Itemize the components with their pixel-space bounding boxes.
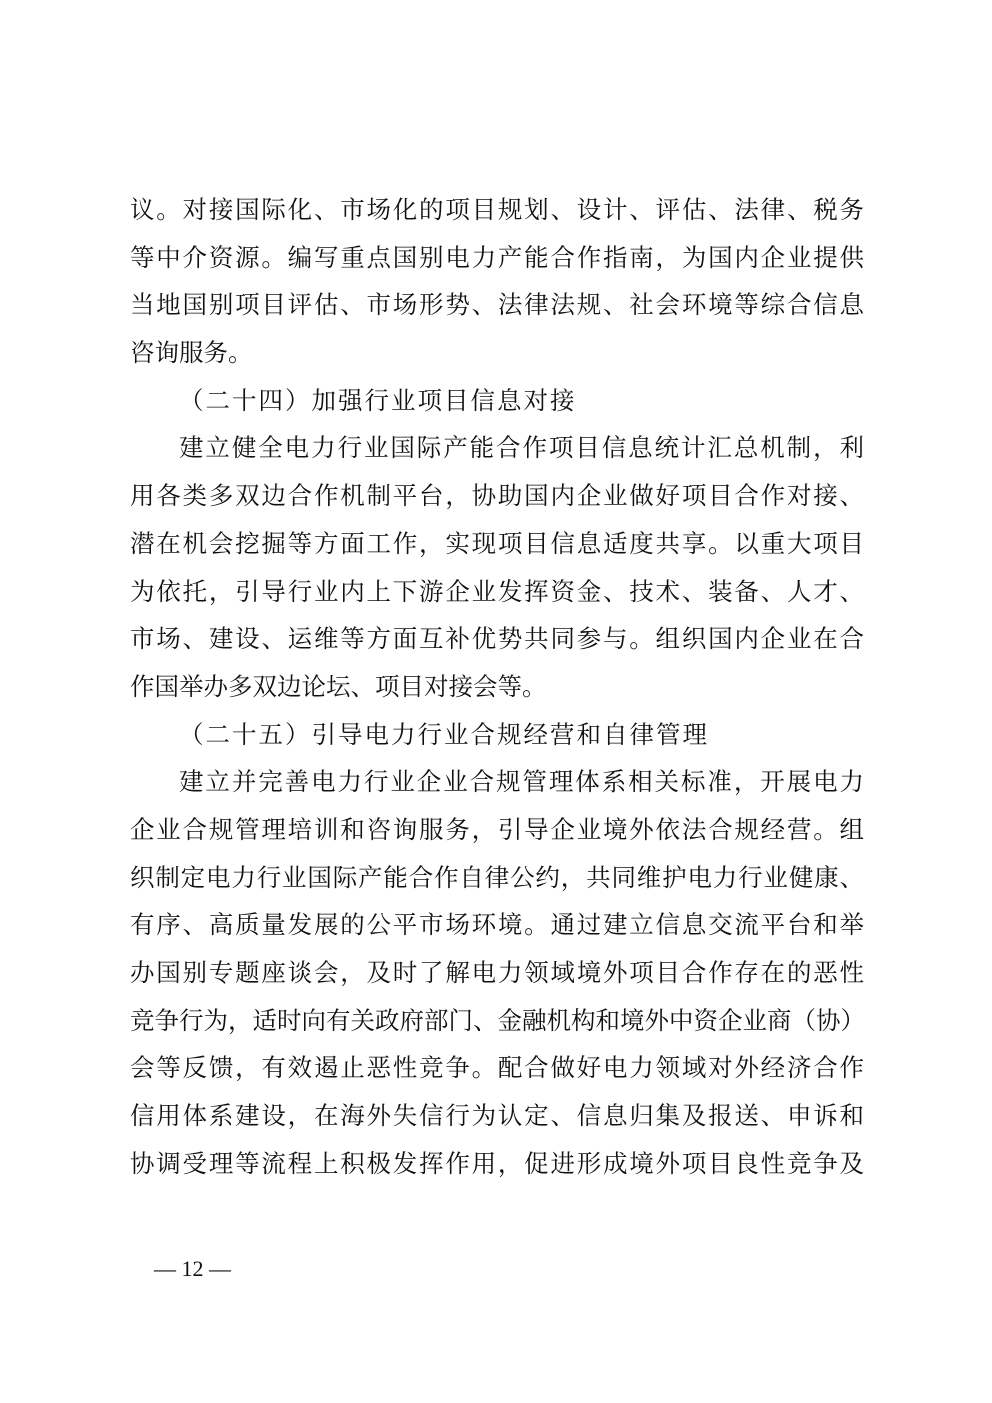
paragraph-line: 议。对接国际化、市场化的项目规划、设计、评估、法律、税务 <box>130 186 864 234</box>
paragraph-line: 市场、建设、运维等方面互补优势共同参与。组织国内企业在合 <box>130 615 864 663</box>
paragraph-line: 企业合规管理培训和咨询服务，引导企业境外依法合规经营。组 <box>130 806 864 854</box>
paragraph-line: 为依托，引导行业内上下游企业发挥资金、技术、装备、人才、 <box>130 568 864 616</box>
document-body: 议。对接国际化、市场化的项目规划、设计、评估、法律、税务 等中介资源。编写重点国… <box>130 186 864 1187</box>
document-page: 议。对接国际化、市场化的项目规划、设计、评估、法律、税务 等中介资源。编写重点国… <box>0 0 992 1403</box>
paragraph-line: 有序、高质量发展的公平市场环境。通过建立信息交流平台和举 <box>130 901 864 949</box>
paragraph-line: 建立健全电力行业国际产能合作项目信息统计汇总机制，利 <box>130 424 864 472</box>
paragraph-line: 织制定电力行业国际产能合作自律公约，共同维护电力行业健康、 <box>130 854 864 902</box>
paragraph-line: 等中介资源。编写重点国别电力产能合作指南，为国内企业提供 <box>130 234 864 282</box>
paragraph-line: 当地国别项目评估、市场形势、法律法规、社会环境等综合信息 <box>130 281 864 329</box>
section-heading-25: （二十五）引导电力行业合规经营和自律管理 <box>130 711 864 759</box>
paragraph-line: 办国别专题座谈会，及时了解电力领域境外项目合作存在的恶性 <box>130 949 864 997</box>
paragraph-line: 作国举办多双边论坛、项目对接会等。 <box>130 663 864 711</box>
page-number: — 12 — <box>154 1256 231 1282</box>
paragraph-line: 潜在机会挖掘等方面工作，实现项目信息适度共享。以重大项目 <box>130 520 864 568</box>
paragraph-line: 咨询服务。 <box>130 329 864 377</box>
paragraph-line: 竞争行为，适时向有关政府部门、金融机构和境外中资企业商（协） <box>130 997 864 1045</box>
paragraph-line: 用各类多双边合作机制平台，协助国内企业做好项目合作对接、 <box>130 472 864 520</box>
paragraph-line: 信用体系建设，在海外失信行为认定、信息归集及报送、申诉和 <box>130 1092 864 1140</box>
paragraph-line: 协调受理等流程上积极发挥作用，促进形成境外项目良性竞争及 <box>130 1140 864 1188</box>
paragraph-line: 会等反馈，有效遏止恶性竞争。配合做好电力领域对外经济合作 <box>130 1044 864 1092</box>
section-heading-24: （二十四）加强行业项目信息对接 <box>130 377 864 425</box>
paragraph-line: 建立并完善电力行业企业合规管理体系相关标准，开展电力 <box>130 758 864 806</box>
